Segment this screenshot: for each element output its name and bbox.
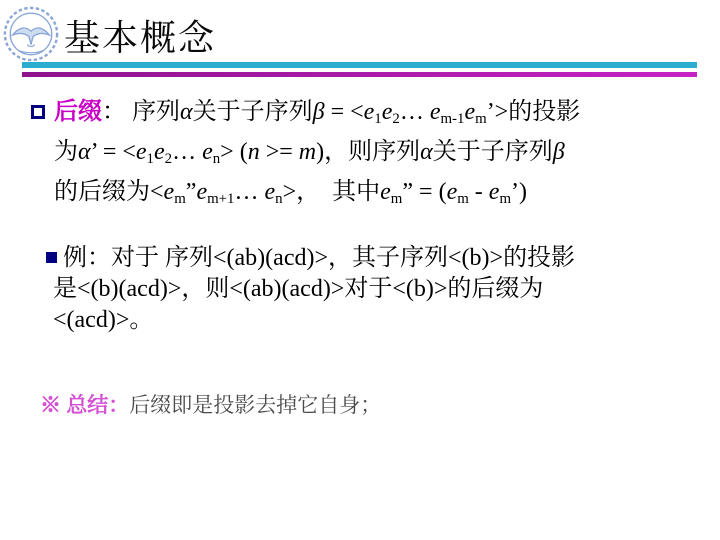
university-emblem-icon	[2, 5, 60, 63]
text-line: <(acd)>。	[53, 305, 713, 336]
example-text: 例：对于 序列<(ab)(acd)>，其子序列<(b)>的投影是<(b)(acd…	[53, 243, 713, 336]
text-line: 后缀： 序列α关于子序列β = <e1e2… em-1em’>的投影	[54, 96, 714, 136]
summary-text: 后缀即是投影去掉它自身；	[129, 393, 381, 417]
divider-line-bottom	[22, 72, 697, 77]
suffix-definition-text: 后缀： 序列α关于子序列β = <e1e2… em-1em’>的投影为α’ = …	[54, 96, 714, 216]
bullet-square-hollow-icon	[31, 105, 45, 119]
summary-label: ※ 总结：	[40, 393, 129, 417]
text-line: 为α’ = <e1e2… en> (n >= m)，则序列α关于子序列β	[54, 136, 714, 176]
page-title: 基本概念	[64, 10, 216, 61]
divider-line-top	[22, 62, 697, 68]
text-line: 例：对于 序列<(ab)(acd)>，其子序列<(b)>的投影	[53, 243, 713, 274]
text-line: 的后缀为<em”em+1… en>， 其中em” = (em - em’)	[54, 176, 714, 216]
summary-note: ※ 总结：后缀即是投影去掉它自身；	[40, 389, 381, 419]
presentation-slide: 基本概念 后缀： 序列α关于子序列β = <e1e2… em-1em’>的投影为…	[0, 0, 720, 540]
text-line: 是<(b)(acd)>，则<(ab)(acd)>对于<(b)>的后缀为	[53, 274, 713, 305]
